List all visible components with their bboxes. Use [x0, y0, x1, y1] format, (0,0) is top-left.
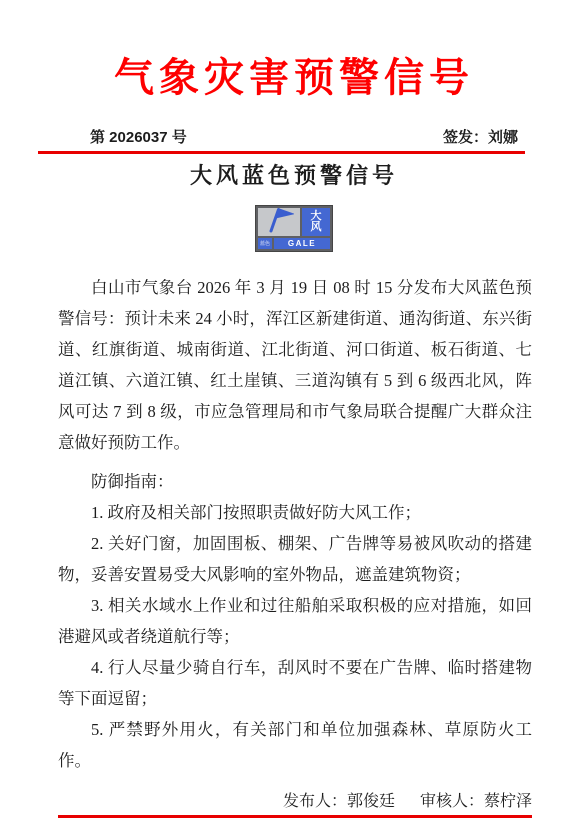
- guide-title: 防御指南：: [58, 466, 532, 497]
- warning-icon-top: 大 风: [258, 208, 330, 236]
- guide-item-2: 2. 关好门窗，加固围板、棚架、广告牌等易被风吹动的搭建物，妥善安置易受大风影响…: [58, 528, 532, 590]
- top-red-divider: [38, 151, 525, 154]
- hazard-name-en: GALE: [274, 238, 330, 249]
- guide-item-3: 3. 相关水域水上作业和过往船舶采取积极的应对措施，如回港避风或者绕道航行等；: [58, 590, 532, 652]
- doc-number: 第 2026037 号: [90, 126, 187, 147]
- guide-item-4: 4. 行人尽量少骑自行车，刮风时不要在广告牌、临时搭建物等下面逗留；: [58, 652, 532, 714]
- signature-row: 发布人：郭俊廷 审核人：蔡柠泽: [0, 788, 532, 811]
- document-body: 白山市气象台 2026 年 3 月 19 日 08 时 15 分发布大风蓝色预警…: [58, 272, 532, 776]
- issuer-label: 签发：刘娜: [443, 126, 518, 147]
- wind-flag-icon: [264, 206, 294, 238]
- warning-icon-bottom: 蓝色 GALE: [258, 238, 330, 249]
- wind-flag-cell: [258, 208, 300, 236]
- bottom-red-divider: [58, 815, 532, 818]
- page-title: 气象灾害预警信号: [0, 56, 588, 100]
- guide-item-5: 5. 严禁野外用火，有关部门和单位加强森林、草原防火工作。: [58, 714, 532, 776]
- warning-level-label: 蓝色: [258, 238, 272, 249]
- warning-subtitle: 大风蓝色预警信号: [0, 163, 588, 189]
- gale-blue-warning-icon: 大 风 蓝色 GALE: [255, 205, 333, 252]
- hazard-char-bottom: 风: [311, 222, 322, 234]
- reviewer-label: 审核人：蔡柠泽: [420, 788, 532, 811]
- hazard-name-cn: 大 风: [302, 208, 330, 236]
- publisher-label: 发布人：郭俊廷: [283, 788, 395, 811]
- warning-document-page: 气象灾害预警信号 第 2026037 号 签发：刘娜 大风蓝色预警信号 大: [0, 0, 588, 840]
- guide-item-1: 1. 政府及相关部门按照职责做好防大风工作；: [58, 497, 532, 528]
- doc-meta-row: 第 2026037 号 签发：刘娜: [90, 126, 518, 147]
- warning-paragraph: 白山市气象台 2026 年 3 月 19 日 08 时 15 分发布大风蓝色预警…: [58, 272, 532, 458]
- warning-icon-row: 大 风 蓝色 GALE: [0, 205, 588, 252]
